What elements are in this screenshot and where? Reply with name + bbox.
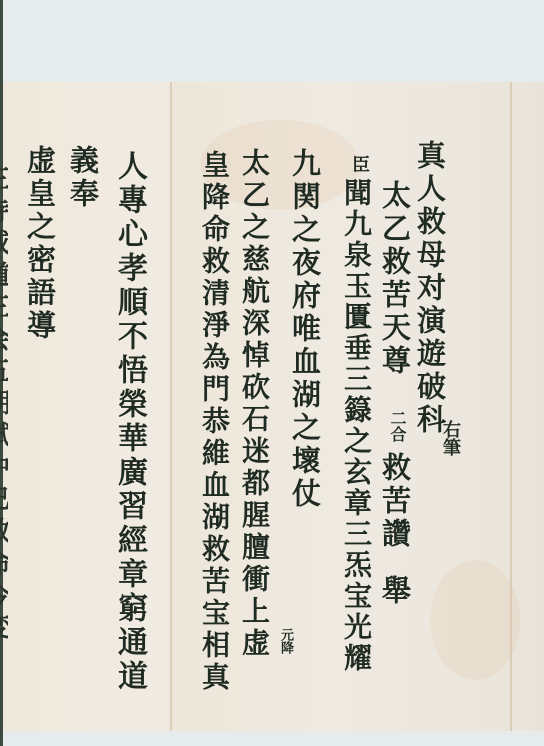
- text-column-2c: 舉: [380, 575, 409, 608]
- text-column-8: 義奉: [68, 145, 97, 211]
- text-column-7: 人專心孝順不悟榮華廣習經章窮通道: [114, 150, 144, 694]
- annotation-right-brush: 右筆: [441, 420, 459, 456]
- text-column-3: 聞九泉玉匱垂三籙之玄章三炁宝光耀: [342, 178, 370, 674]
- text-column-2: 太乙救苦天尊: [380, 180, 409, 378]
- paper-stain: [430, 560, 520, 680]
- annotation-yuan-jiang: 元降: [279, 628, 292, 654]
- text-column-4: 九関之夜府唯血湖之壞仗: [290, 148, 319, 511]
- paper-fold-line: [170, 82, 172, 731]
- text-column-6: 皇降命救清淨為門恭維血湖救苦宝相真: [200, 150, 228, 694]
- text-column-10-partial: 三寺戒道三会五朔試中巳敢命今変: [0, 165, 8, 720]
- text-column-2b: 救苦讚: [380, 452, 409, 551]
- text-column-5: 太乙之慈航深悼砍石迷都腥膻衝上虚: [240, 148, 268, 660]
- title-column: 真人救母对演遊破科: [415, 140, 444, 437]
- text-column-3-head: 臣: [350, 155, 368, 173]
- text-column-9: 虚皇之密語導: [25, 145, 54, 343]
- annotation-two-combined: 二合: [389, 410, 405, 442]
